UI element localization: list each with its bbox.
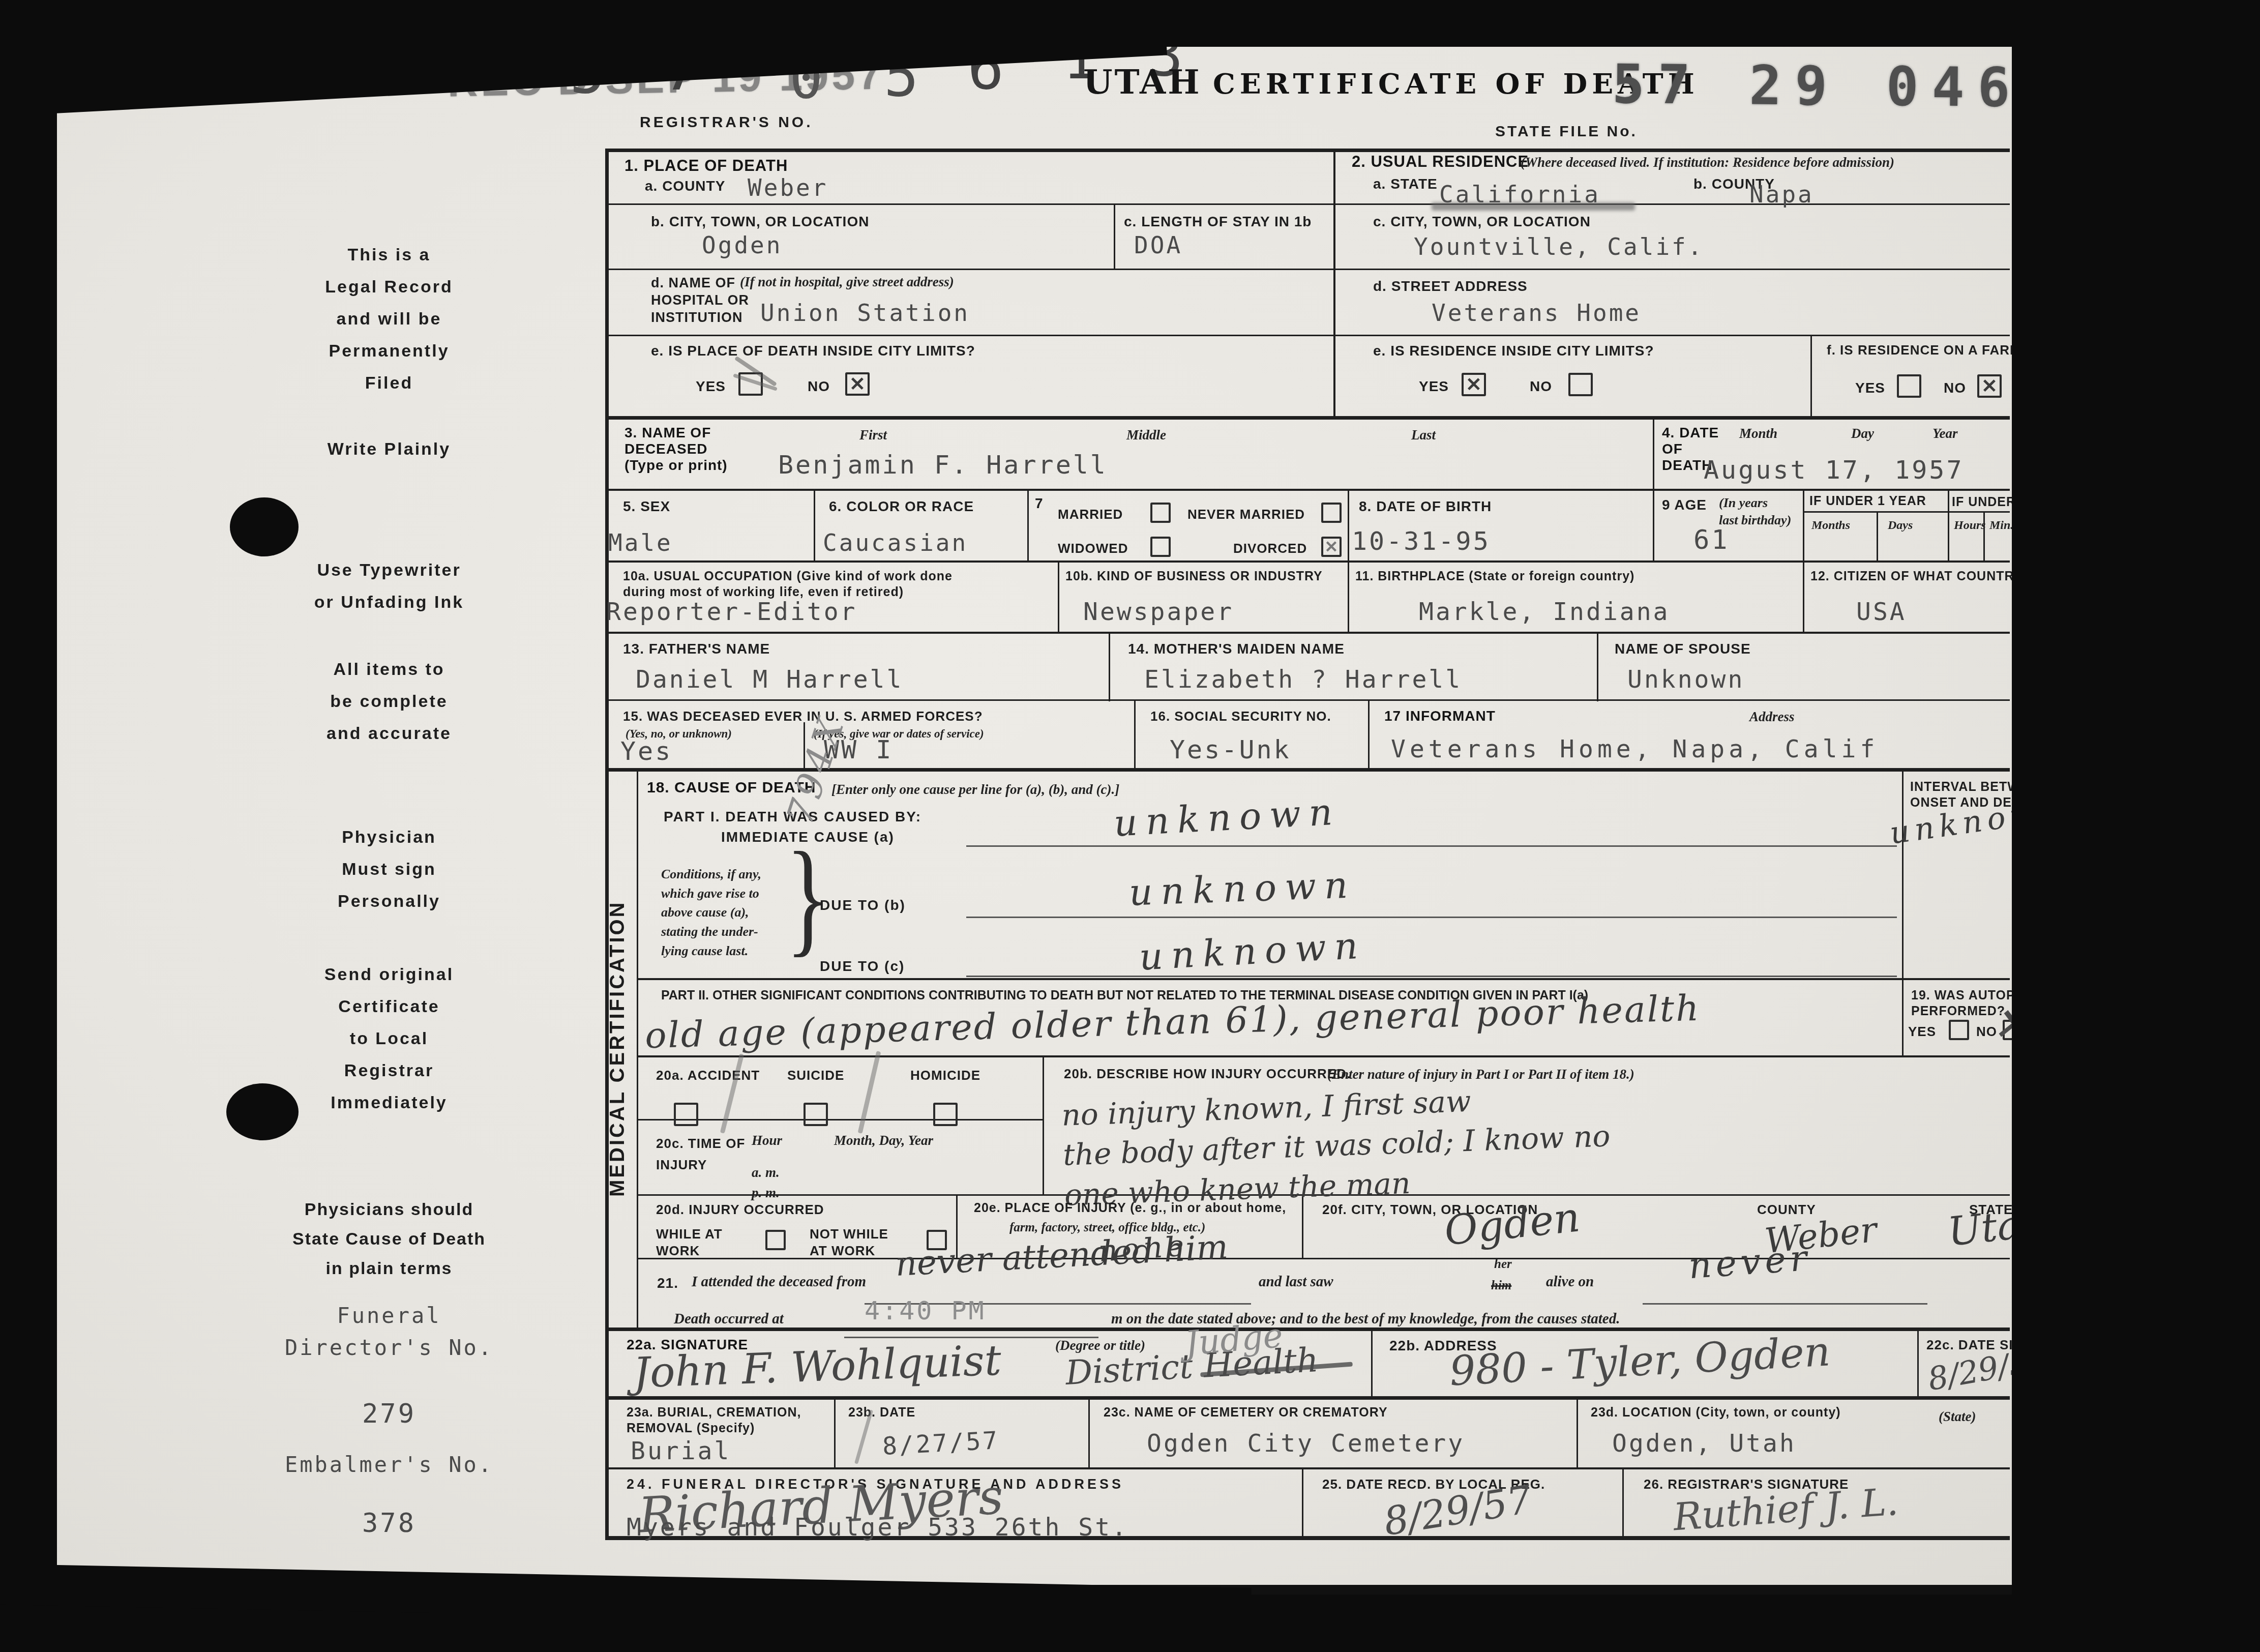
birthplace-label: 11. BIRTHPLACE (State or foreign country… <box>1355 569 1634 584</box>
due-to-b-label: DUE TO (b) <box>820 896 906 914</box>
no-checkbox[interactable]: ✕ <box>1977 374 2002 398</box>
name-of-deceased-label: 3. NAME OF DECEASED (Type or print) <box>625 425 728 474</box>
line <box>1058 560 1059 634</box>
line <box>605 149 2010 152</box>
line <box>1653 419 1654 490</box>
line <box>1622 1467 1624 1538</box>
divorced-label: DIVORCED <box>1233 540 1307 557</box>
line <box>1043 1055 1044 1194</box>
line <box>605 632 2010 634</box>
pm-label: p. m. <box>752 1184 780 1202</box>
alive-on-text: alive on <box>1546 1273 1594 1292</box>
line <box>1134 699 1136 770</box>
color-race-value: Caucasian <box>823 529 968 556</box>
line <box>1368 699 1370 770</box>
line <box>1302 1467 1303 1538</box>
county-label: a. COUNTY <box>645 177 725 195</box>
residence-farm-label: f. IS RESIDENCE ON A FARM? <box>1827 342 2030 359</box>
accident-label: 20a. ACCIDENT <box>656 1067 760 1084</box>
burial-value: Burial <box>631 1437 731 1465</box>
informant-address-label: Address <box>1749 708 1795 726</box>
margin-note-plain-terms: Physicians should State Cause of Death i… <box>168 1195 610 1283</box>
line <box>834 1397 836 1467</box>
last-header: Last <box>1411 426 1436 444</box>
first-header: First <box>859 426 887 444</box>
state-label: a. STATE <box>1373 175 1438 193</box>
scan-border-left <box>0 0 57 1652</box>
attended-pre-text: I attended the deceased from <box>692 1273 866 1292</box>
hospital-note: (If not in hospital, give street address… <box>740 273 954 291</box>
cemetery-location-label: 23d. LOCATION (City, town, or county) <box>1591 1405 1841 1421</box>
line <box>1653 489 1654 562</box>
due-to-c-label: DUE TO (c) <box>820 957 905 975</box>
never-married-checkbox[interactable] <box>1321 503 1342 523</box>
yes-checkbox[interactable] <box>1897 374 1921 398</box>
usual-residence-note: (Where deceased lived. If institution: R… <box>1521 154 1894 171</box>
underline <box>1643 1303 1927 1305</box>
hour-header: Hour <box>752 1132 782 1149</box>
no-label: NO <box>808 377 830 395</box>
scanned-death-certificate: 0 0 REC'D SEP 19 1957 5 7 0 5 6 1 3 REGI… <box>0 0 2260 1652</box>
occupation-label: 10a. USUAL OCCUPATION (Give kind of work… <box>623 569 953 601</box>
line <box>637 1055 2010 1057</box>
month-day-year-header: Month, Day, Year <box>834 1132 933 1149</box>
homicide-checkbox[interactable] <box>933 1103 958 1126</box>
mothers-maiden-name-value: Elizabeth ? Harrell <box>1144 665 1462 694</box>
residence-city-value: Yountville, Calif. <box>1414 233 1704 260</box>
informant-label: 17 INFORMANT <box>1384 708 1496 724</box>
line <box>1948 489 1949 562</box>
citizen-value: USA <box>1856 598 1907 626</box>
armed-forces-label: 15. WAS DECEASED EVER IN U. S. ARMED FOR… <box>623 708 983 725</box>
no-checkbox[interactable] <box>1568 373 1593 396</box>
middle-header: Middle <box>1126 426 1166 444</box>
describe-injury-label: 20b. DESCRIBE HOW INJURY OCCURRED. <box>1064 1066 1351 1082</box>
city-town-label: b. CITY, TOWN, OR LOCATION <box>651 213 869 230</box>
mothers-maiden-name-label: 14. MOTHER'S MAIDEN NAME <box>1128 640 1345 658</box>
underline <box>966 917 1897 918</box>
usual-residence-title: 2. USUAL RESIDENCE <box>1352 153 1529 171</box>
margin-note-legal-record: This is a Legal Record and will be Perma… <box>193 239 585 399</box>
residence-city-limits-label: e. IS RESIDENCE INSIDE CITY LIMITS? <box>1373 342 1654 360</box>
no-label: NO <box>1530 377 1552 395</box>
marital-number: 7 <box>1035 494 1044 512</box>
months-header: Months <box>1811 518 1850 534</box>
no-label: NO <box>1944 379 1966 397</box>
occupation-value: Reporter-Editor <box>606 598 857 626</box>
length-of-stay-value: DOA <box>1134 231 1182 259</box>
state-file-label: STATE FILE No. <box>1495 122 1638 141</box>
name-of-spouse-label: NAME OF SPOUSE <box>1615 640 1751 658</box>
margin-note-write-plainly: Write Plainly <box>193 438 585 460</box>
color-race-label: 6. COLOR OR RACE <box>829 497 974 515</box>
x-mark: ✕ <box>1466 373 1482 396</box>
sex-value: Male <box>608 529 673 556</box>
line <box>1027 489 1029 562</box>
line <box>1371 1329 1373 1396</box>
line <box>1348 560 1349 634</box>
divorced-checkbox[interactable]: ✕ <box>1321 537 1342 557</box>
punch-hole <box>230 497 299 556</box>
injury-description-value: no injury known, I first saw the body af… <box>1061 1076 1612 1215</box>
place-of-death-title: 1. PLACE OF DEATH <box>625 157 788 175</box>
married-checkbox[interactable] <box>1150 503 1171 523</box>
line <box>605 489 2010 491</box>
cause-of-death-note: [Enter only one cause per line for (a), … <box>831 781 1119 799</box>
yes-label: YES <box>1908 1023 1936 1040</box>
yes-label: YES <box>1419 377 1449 395</box>
line <box>1109 632 1110 701</box>
line <box>1810 335 1812 418</box>
embalmers-no-label: Embalmer's No. <box>193 1452 585 1477</box>
line <box>605 1396 2010 1400</box>
sex-label: 5. SEX <box>623 497 670 515</box>
death-time-value: 4:40 PM <box>865 1296 986 1325</box>
funeral-directors-no-label: Funeral Director's No. <box>193 1300 585 1364</box>
inside-city-limits-label: e. IS PLACE OF DEATH INSIDE CITY LIMITS? <box>651 342 975 360</box>
line <box>1803 511 2010 513</box>
yes-checkbox[interactable]: ✕ <box>1462 373 1486 396</box>
residence-county-value: Napa <box>1749 181 1814 208</box>
widowed-checkbox[interactable] <box>1150 537 1171 557</box>
married-label: MARRIED <box>1058 506 1123 523</box>
medical-certification-label: MEDICAL CERTIFICATION <box>606 770 629 1327</box>
hospital-label: d. NAME OF HOSPITAL OR INSTITUTION <box>651 275 749 326</box>
x-mark: ✕ <box>1981 375 1998 398</box>
ink-smudge <box>1432 202 1635 211</box>
place-of-injury-label: 20e. PLACE OF INJURY (e. g., in or about… <box>974 1200 1286 1216</box>
margin-note-complete: All items to be complete and accurate <box>193 654 585 750</box>
line <box>1902 770 1904 1055</box>
line <box>1877 511 1878 562</box>
line <box>1597 632 1598 701</box>
conditions-note: Conditions, if any, which gave rise to a… <box>661 865 761 960</box>
never-married-label: NEVER MARRIED <box>1187 506 1305 523</box>
industry-value: Newspaper <box>1083 598 1234 626</box>
am-label: a. m. <box>752 1164 780 1182</box>
margin-note-physician-sign: Physician Must sign Personally <box>193 821 585 918</box>
funeral-director-typed: Myers and Foulger 533 26th St. <box>627 1513 1128 1542</box>
line <box>1333 149 1335 418</box>
no-checkbox[interactable]: ✕ <box>845 372 870 396</box>
cemetery-value: Ogden City Cemetery <box>1147 1429 1465 1458</box>
armed-forces-value: Yes <box>620 736 672 766</box>
fathers-name-label: 13. FATHER'S NAME <box>623 640 770 658</box>
days-header: Days <box>1888 518 1913 534</box>
date-of-death-value: August 17, 1957 <box>1704 455 1964 485</box>
last-saw-text: and last saw <box>1259 1273 1333 1292</box>
underline <box>966 845 1897 847</box>
not-while-at-work-label: NOT WHILE AT WORK <box>810 1226 888 1259</box>
cemetery-location-value: Ogden, Utah <box>1612 1429 1796 1458</box>
line <box>814 489 815 562</box>
line <box>1803 489 1804 562</box>
line <box>605 335 2010 336</box>
county-value: Weber <box>748 174 828 201</box>
citizen-label: 12. CITIZEN OF WHAT COUNTRY? <box>1810 569 2031 584</box>
embalmers-no-value: 378 <box>193 1508 585 1539</box>
day-header: Day <box>1851 425 1874 442</box>
informant-value: Veterans Home, Napa, Calif <box>1391 735 1879 763</box>
age-label: 9 AGE <box>1662 496 1707 514</box>
line <box>1348 489 1349 562</box>
age-note: (In years last birthday) <box>1719 494 1791 529</box>
line <box>605 269 2010 270</box>
while-at-work-checkbox[interactable] <box>765 1230 786 1250</box>
x-mark: ✕ <box>849 373 866 396</box>
industry-label: 10b. KIND OF BUSINESS OR INDUSTRY <box>1065 569 1323 584</box>
street-address-label: d. STREET ADDRESS <box>1373 277 1528 295</box>
punch-hole <box>226 1083 299 1140</box>
date-of-birth-value: 10-31-95 <box>1352 526 1491 556</box>
line <box>605 699 2010 701</box>
cemetery-label: 23c. NAME OF CEMETERY OR CREMATORY <box>1104 1405 1388 1421</box>
scan-border-right <box>2012 0 2260 1652</box>
underline <box>966 976 1897 977</box>
injury-occurred-label: 20d. INJURY OCCURRED <box>656 1201 824 1218</box>
yes-label: YES <box>1855 379 1885 397</box>
due-to-b-value: unknown <box>1128 863 1357 914</box>
date-of-birth-label: 8. DATE OF BIRTH <box>1359 497 1492 515</box>
line <box>1088 1397 1090 1467</box>
suicide-checkbox[interactable] <box>804 1103 828 1126</box>
if-under-1-year-label: IF UNDER 1 YEAR <box>1809 493 1926 509</box>
x-mark: ✕ <box>1325 537 1339 556</box>
hours-header: Hours <box>1954 518 1986 534</box>
burial-date-label: 23b. DATE <box>848 1405 915 1421</box>
last-saw-value: never <box>1687 1237 1812 1287</box>
city-town-value: Ogden <box>702 231 782 259</box>
margin-note-typewriter: Use Typewriter or Unfading Ink <box>193 554 585 618</box>
title-utah: UTAH <box>1083 62 1202 102</box>
social-security-label: 16. SOCIAL SECURITY NO. <box>1150 708 1331 725</box>
residence-city-label: c. CITY, TOWN, OR LOCATION <box>1373 213 1591 230</box>
line <box>637 770 638 1329</box>
yes-label: YES <box>696 377 726 395</box>
social-security-value: Yes-Unk <box>1170 735 1291 764</box>
hospital-value: Union Station <box>760 299 970 327</box>
min-header: Min. <box>1989 518 2013 534</box>
funeral-directors-no-value: 279 <box>193 1399 585 1429</box>
line <box>1114 203 1115 270</box>
age-value: 61 <box>1693 525 1730 555</box>
time-of-injury-label: 20c. TIME OF INJURY <box>656 1133 745 1175</box>
month-header: Month <box>1739 425 1777 442</box>
burial-cremation-label: 23a. BURIAL, CREMATION, REMOVAL (Specify… <box>627 1405 801 1437</box>
widowed-label: WIDOWED <box>1058 540 1128 557</box>
homicide-label: HOMICIDE <box>910 1067 980 1084</box>
registrars-no-label: REGISTRAR'S NO. <box>640 113 813 132</box>
street-address-value: Veterans Home <box>1432 299 1641 327</box>
name-of-spouse-value: Unknown <box>1627 665 1744 694</box>
birthplace-value: Markle, Indiana <box>1419 598 1670 626</box>
her-text: her <box>1494 1256 1512 1273</box>
state-note: (State) <box>1939 1408 1976 1426</box>
line <box>605 416 2010 420</box>
him-text-struck: him <box>1491 1278 1511 1294</box>
fathers-name-value: Daniel M Harrell <box>636 665 903 694</box>
line <box>637 978 2010 980</box>
line <box>1917 1329 1919 1396</box>
certificate-title: UTAH CERTIFICATE OF DEATH <box>1083 62 1699 102</box>
line <box>605 560 2010 563</box>
line <box>1577 1397 1578 1467</box>
length-of-stay-label: c. LENGTH OF STAY IN 1b <box>1124 213 1312 230</box>
accident-checkbox[interactable] <box>674 1103 698 1126</box>
line <box>605 1467 2010 1469</box>
death-occurred-text: Death occurred at <box>674 1310 784 1329</box>
deceased-name-value: Benjamin F. Harrell <box>778 450 1108 480</box>
while-at-work-label: WHILE AT WORK <box>656 1226 723 1259</box>
state-file-number-stamp: 57 29 0468 <box>1612 53 2069 120</box>
year-header: Year <box>1932 425 1958 442</box>
attended-number: 21. <box>657 1274 678 1292</box>
autopsy-yes-checkbox[interactable] <box>1949 1020 1969 1040</box>
injury-county-label: COUNTY <box>1757 1201 1816 1218</box>
medical-certification-strip: MEDICAL CERTIFICATION <box>606 770 637 1327</box>
suicide-label: SUICIDE <box>787 1067 844 1084</box>
line <box>1803 560 1804 634</box>
